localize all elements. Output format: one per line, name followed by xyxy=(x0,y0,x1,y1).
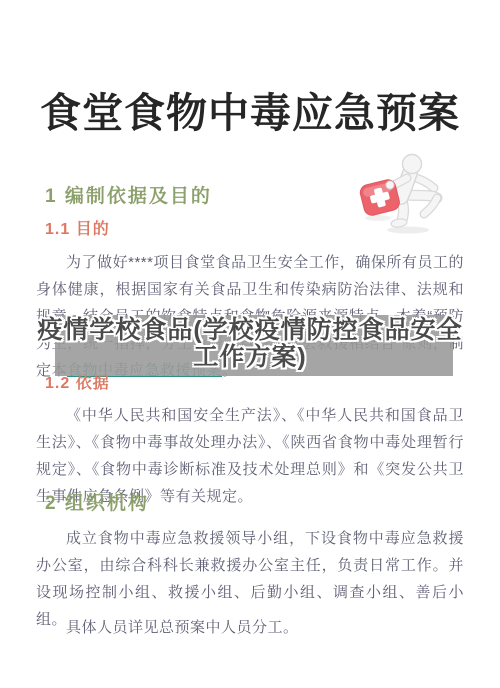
first-aid-case-icon xyxy=(359,178,401,217)
figure-shadow xyxy=(387,227,429,234)
overlay-title-line-1: 疫情学校食品(学校疫情防控食品安全 xyxy=(0,317,500,344)
paragraph-personnel: 具体人员详见总预案中人员分工。 xyxy=(36,614,464,641)
overlay-title: 疫情学校食品(学校疫情防控食品安全 工作方案) xyxy=(0,317,500,371)
section-heading-1-1: 1.1 目的 xyxy=(45,216,110,239)
head xyxy=(403,155,422,174)
banner-title: 食堂食物中毒应急预案 xyxy=(0,90,500,136)
section-heading-2: 2 组织机构 xyxy=(45,488,149,515)
document-page: 食堂食物中毒应急预案 1 编制依据及目的 1.1 目 xyxy=(0,0,500,688)
first-aid-runner-illustration xyxy=(358,150,470,235)
section-heading-1: 1 编制依据及目的 xyxy=(45,181,212,208)
overlay-title-line-2: 工作方案) xyxy=(0,344,500,371)
case-shadow xyxy=(365,215,391,221)
hand xyxy=(386,181,394,189)
